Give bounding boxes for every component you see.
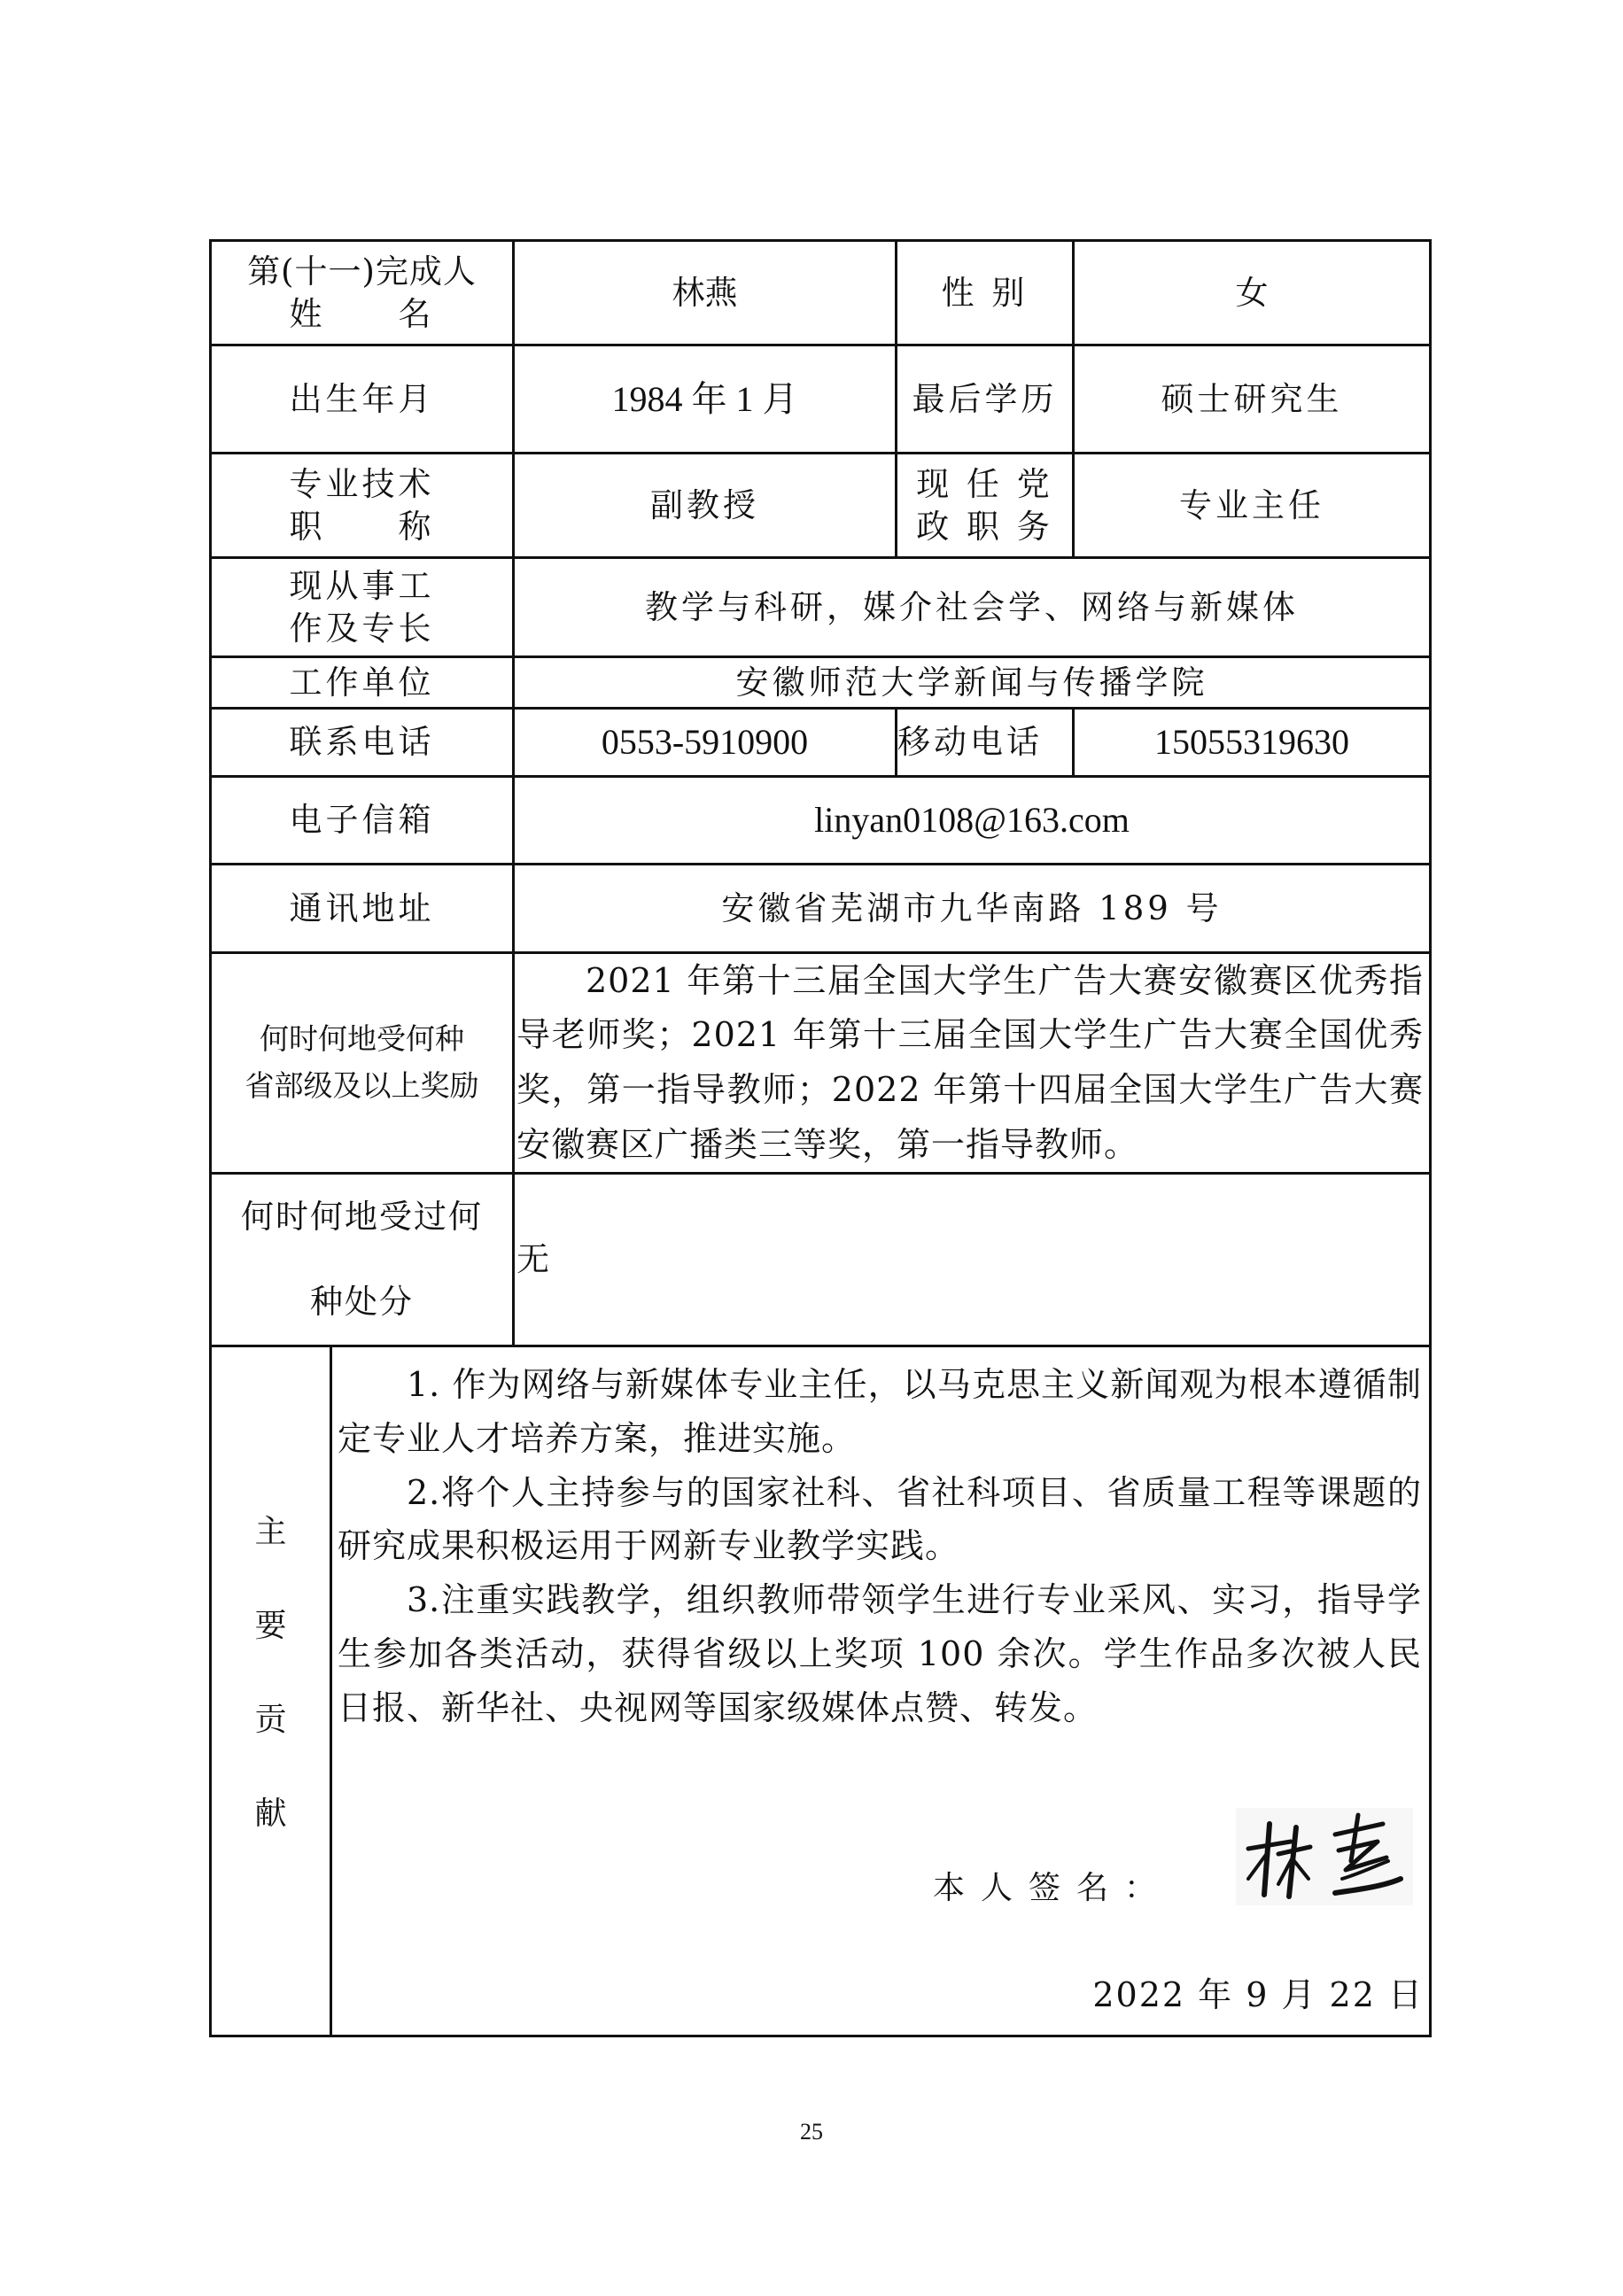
awards-label-line2: 省部级及以上奖励 [245,1063,479,1110]
document-page: 第(十一)完成人 姓 名 林燕 性 别 女 出生年月 1984 年 1 月 最后… [0,0,1623,2296]
row-name: 第(十一)完成人 姓 名 林燕 性 别 女 [212,242,1429,346]
contributions-label-char: 主 [212,1507,330,1552]
work-label: 现从事工 作及专长 [212,559,515,655]
row-title: 专业技术 职 称 副教授 现 任 党 政 职 务 专业主任 [212,454,1429,559]
name-label: 第(十一)完成人 姓 名 [212,242,515,344]
address-label: 通讯地址 [212,865,515,951]
contribution-item: 3.注重实践教学，组织教师带领学生进行专业采风、实习，指导学生参加各类活动，获得… [338,1573,1422,1734]
row-address: 通讯地址 安徽省芜湖市九华南路 189 号 [212,865,1429,954]
birth-value: 1984 年 1 月 [515,346,897,452]
contributions-body: 1. 作为网络与新媒体专业主任，以马克思主义新闻观为根本遵循制定专业人才培养方案… [332,1347,1429,2035]
contributions-label-char: 献 [212,1788,330,1834]
position-label: 现 任 党 政 职 务 [897,454,1075,556]
page-number: 25 [0,2119,1623,2145]
employer-label: 工作单位 [212,658,515,707]
name-value: 林燕 [515,242,897,344]
row-awards: 何时何地受何种 省部级及以上奖励 2021 年第十三届全国大学生广告大赛安徽赛区… [212,954,1429,1175]
mobile-value: 15055319630 [1075,710,1429,775]
contribution-item: 1. 作为网络与新媒体专业主任，以马克思主义新闻观为根本遵循制定专业人才培养方案… [338,1358,1422,1466]
contribution-item: 2.将个人主持参与的国家社科、省社科项目、省质量工程等课题的研究成果积极运用于网… [338,1466,1422,1574]
contributions-label-char: 要 [212,1601,330,1646]
address-value: 安徽省芜湖市九华南路 189 号 [515,865,1429,951]
awards-value: 2021 年第十三届全国大学生广告大赛安徽赛区优秀指导老师奖；2021 年第十三… [516,954,1424,1172]
phone-label: 联系电话 [212,710,515,775]
gender-value: 女 [1075,242,1429,344]
birth-label: 出生年月 [212,346,515,452]
handwritten-signature [1236,1808,1413,1905]
title-label: 专业技术 职 称 [212,454,515,556]
signature-label: 本人签名： [933,1863,1172,1908]
position-value: 专业主任 [1075,454,1429,556]
position-label-line2: 政 职 务 [916,506,1053,547]
row-work: 现从事工 作及专长 教学与科研，媒介社会学、网络与新媒体 [212,559,1429,658]
name-label-line1: 第(十一)完成人 [247,251,477,292]
row-employer: 工作单位 安徽师范大学新闻与传播学院 [212,658,1429,710]
gender-label: 性 别 [897,242,1075,344]
row-contributions: 主 要 贡 献 1. 作为网络与新媒体专业主任，以马克思主义新闻观为根本遵循制定… [212,1347,1429,2035]
awards-label-line1: 何时何地受何种 [260,1016,464,1063]
title-value: 副教授 [515,454,897,556]
email-value: linyan0108@163.com [515,778,1429,863]
row-email: 电子信箱 linyan0108@163.com [212,778,1429,865]
position-label-line1: 现 任 党 [916,463,1053,505]
name-label-line2: 姓 名 [290,293,435,335]
title-label-line2: 职 称 [290,506,435,547]
contribution-text: 1. 作为网络与新媒体专业主任，以马克思主义新闻观为根本遵循制定专业人才培养方案… [338,1365,1422,1458]
row-punishment: 何时何地受过何 种处分 无 [212,1175,1429,1347]
contributions-label: 主 要 贡 献 [212,1347,332,2035]
punishment-label-line2: 种处分 [310,1260,414,1345]
employer-value: 安徽师范大学新闻与传播学院 [515,658,1429,707]
education-value: 硕士研究生 [1075,346,1429,452]
punishment-value: 无 [515,1175,1429,1345]
awards-text: 2021 年第十三届全国大学生广告大赛安徽赛区优秀指导老师奖；2021 年第十三… [516,961,1424,1164]
contribution-text: 3.注重实践教学，组织教师带领学生进行专业采风、实习，指导学生参加各类活动，获得… [338,1580,1422,1727]
work-label-line1: 现从事工 [290,565,435,607]
email-label: 电子信箱 [212,778,515,863]
punishment-label-line1: 何时何地受过何 [241,1175,483,1260]
row-birth: 出生年月 1984 年 1 月 最后学历 硕士研究生 [212,346,1429,454]
awards-label: 何时何地受何种 省部级及以上奖励 [212,954,515,1172]
row-phone: 联系电话 0553-5910900 移动电话 15055319630 [212,710,1429,778]
punishment-label: 何时何地受过何 种处分 [212,1175,515,1345]
contributor-info-form: 第(十一)完成人 姓 名 林燕 性 别 女 出生年月 1984 年 1 月 最后… [209,239,1432,2037]
title-label-line1: 专业技术 [290,463,435,505]
contribution-text: 2.将个人主持参与的国家社科、省社科项目、省质量工程等课题的研究成果积极运用于网… [338,1473,1422,1566]
work-value: 教学与科研，媒介社会学、网络与新媒体 [515,559,1429,655]
education-label: 最后学历 [897,346,1075,452]
contributions-label-char: 贡 [212,1695,330,1740]
phone-value: 0553-5910900 [515,710,897,775]
mobile-label: 移动电话 [897,710,1075,775]
awards-value-cell: 2021 年第十三届全国大学生广告大赛安徽赛区优秀指导老师奖；2021 年第十三… [515,954,1429,1172]
work-label-line2: 作及专长 [290,608,435,649]
signature-date: 2022 年 9 月 22 日 [1092,1967,1424,2016]
